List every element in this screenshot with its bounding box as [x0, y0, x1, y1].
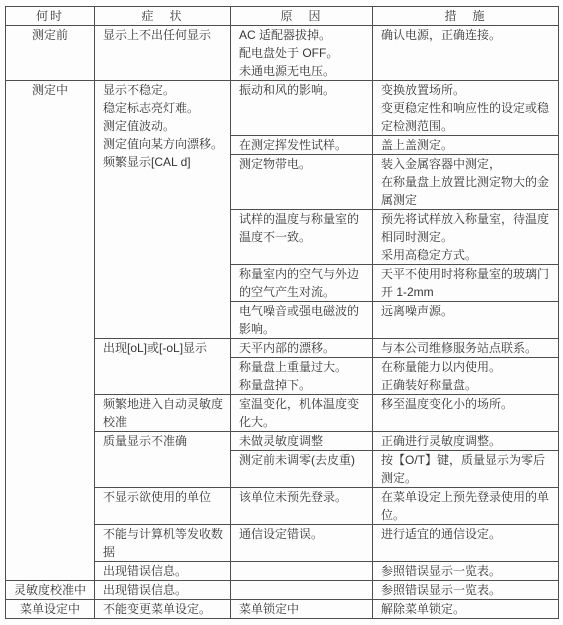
cell-line: 室温变化，机体温度变化大。: [239, 395, 370, 431]
cell-measure: 在菜单设定上预先登录使用的单位。: [373, 488, 559, 525]
cell-measure: 远离噪声源。: [373, 302, 559, 339]
cell-cause: 称量室内的空气与外边的空气产生对流。: [231, 265, 373, 302]
cell-line: 称量室内的空气与外边的空气产生对流。: [239, 265, 370, 301]
cell-line: 出现[oL]或[-oL]显示: [103, 339, 228, 357]
cell-line: 确认电源，正确连接。: [381, 26, 556, 44]
cell-line: 参照错误显示一览表。: [381, 581, 556, 599]
cell-cause: AC 适配器拔掉。配电盘处于 OFF。未通电源无电压。: [231, 26, 373, 81]
cell-line: 参照错误显示一览表。: [381, 562, 556, 580]
cell-measure: 参照错误显示一览表。: [373, 562, 559, 581]
cell-measure: 参照错误显示一览表。: [373, 581, 559, 600]
cell-measure: 预先将试样放入称量室，待温度相同时测定。采用高稳定方式。: [373, 210, 559, 265]
cell-line: 变更稳定性和响应性的设定或稳定检测范围。: [381, 99, 556, 135]
cell-line: 灵敏度校准中: [8, 581, 92, 599]
cell-line: 频繁地进入自动灵敏度校准: [103, 395, 228, 431]
cell-line: 测定前未调零(去皮重): [239, 451, 370, 469]
cell-line: 显示上不出任何显示: [103, 26, 228, 44]
cell-cause: 未做灵敏度调整: [231, 432, 373, 451]
cell-line: 按【O/T】键，质量显示为零后测定。: [381, 451, 556, 487]
table-body: 测定前显示上不出任何显示AC 适配器拔掉。配电盘处于 OFF。未通电源无电压。确…: [6, 26, 559, 619]
header-cell-symptom: 症 状: [95, 7, 231, 26]
cell-cause: 在测定挥发性试样。: [231, 136, 373, 155]
cell-line: 未通电源无电压。: [239, 62, 370, 80]
cell-when: 灵敏度校准中: [6, 581, 95, 600]
cell-line: 配电盘处于 OFF。: [239, 44, 370, 62]
cell-symptom: 出现[oL]或[-oL]显示: [95, 339, 231, 395]
cell-line: 测定物带电。: [239, 155, 370, 173]
cell-line: 在称量盘上放置比测定物大的金属测定: [381, 173, 556, 209]
cell-line: 该单位未预先登录。: [239, 488, 370, 506]
cell-line: 振动和风的影响。: [239, 81, 370, 99]
cell-cause: 试样的温度与称量室的温度不一致。: [231, 210, 373, 265]
cell-line: 解除菜单锁定。: [381, 600, 556, 618]
cell-line: 预先将试样放入称量室，待温度相同时测定。: [381, 210, 556, 246]
cell-line: 天平内部的漂移。: [239, 339, 370, 357]
header-cell-cause: 原 因: [231, 7, 373, 26]
cell-line: 在称量能力以内使用。: [381, 358, 556, 376]
cell-symptom: 不能与计算机等发收数据: [95, 525, 231, 562]
cell-line: 称量盘上重量过大。: [239, 358, 370, 376]
cell-line: 出现错误信息。: [103, 581, 228, 599]
cell-cause: 菜单锁定中: [231, 600, 373, 619]
cell-cause: 该单位未预先登录。: [231, 488, 373, 525]
cell-line: 移至温度变化小的场所。: [381, 395, 556, 413]
cell-line: 在测定挥发性试样。: [239, 136, 370, 154]
cell-measure: 装入金属容器中测定，在称量盘上放置比测定物大的金属测定: [373, 155, 559, 210]
cell-measure: 按【O/T】键，质量显示为零后测定。: [373, 451, 559, 488]
cell-line: 天平不使用时将称量室的玻璃门开 1-2mm: [381, 265, 556, 301]
cell-line: 不显示欲使用的单位: [103, 488, 228, 506]
cell-when: 菜单设定中: [6, 600, 95, 619]
header-cell-measure: 措 施: [373, 7, 559, 26]
cell-measure: 正确进行灵敏度调整。: [373, 432, 559, 451]
cell-line: 进行适宜的通信设定。: [381, 525, 556, 543]
cell-line: 变换放置场所。: [381, 81, 556, 99]
cell-cause: 通信设定错误。: [231, 525, 373, 562]
cell-line: 远离噪声源。: [381, 302, 556, 320]
cell-line: 质量显示不准确: [103, 432, 228, 450]
table-row: 菜单设定中不能变更菜单设定。菜单锁定中解除菜单锁定。: [6, 600, 559, 619]
cell-line: 频繁显示[CAL d]: [103, 153, 228, 171]
cell-line: 采用高稳定方式。: [381, 246, 556, 264]
cell-line: 测定值波动。: [103, 117, 228, 135]
cell-symptom: 显示不稳定。稳定标志亮灯难。测定值波动。测定值向某方向漂移。频繁显示[CAL d…: [95, 81, 231, 339]
cell-cause: [231, 562, 373, 581]
cell-line: 电气噪音或强电磁波的影响。: [239, 302, 370, 338]
cell-cause: 测定物带电。: [231, 155, 373, 210]
cell-symptom: 不显示欲使用的单位: [95, 488, 231, 525]
cell-line: 菜单锁定中: [239, 600, 370, 618]
cell-when: 测定中: [6, 81, 95, 581]
cell-measure: 解除菜单锁定。: [373, 600, 559, 619]
cell-line: 未做灵敏度调整: [239, 432, 370, 450]
cell-symptom: 出现错误信息。: [95, 562, 231, 581]
cell-measure: 天平不使用时将称量室的玻璃门开 1-2mm: [373, 265, 559, 302]
cell-symptom: 不能变更菜单设定。: [95, 600, 231, 619]
cell-symptom: 显示上不出任何显示: [95, 26, 231, 81]
cell-line: 试样的温度与称量室的温度不一致。: [239, 210, 370, 246]
cell-measure: 在称量能力以内使用。正确装好称量盘。: [373, 358, 559, 395]
cell-line: 与本公司维修服务站点联系。: [381, 339, 556, 357]
cell-cause: 电气噪音或强电磁波的影响。: [231, 302, 373, 339]
cell-line: 菜单设定中: [8, 600, 92, 618]
cell-line: 在菜单设定上预先登录使用的单位。: [381, 488, 556, 524]
cell-line: AC 适配器拔掉。: [239, 26, 370, 44]
cell-line: 通信设定错误。: [239, 525, 370, 543]
cell-when: 测定前: [6, 26, 95, 81]
cell-cause: 天平内部的漂移。: [231, 339, 373, 358]
cell-cause: 室温变化，机体温度变化大。: [231, 395, 373, 432]
cell-line: 测定前: [8, 26, 92, 44]
cell-measure: 与本公司维修服务站点联系。: [373, 339, 559, 358]
cell-cause: 振动和风的影响。: [231, 81, 373, 136]
cell-line: 正确进行灵敏度调整。: [381, 432, 556, 450]
cell-cause: 称量盘上重量过大。称量盘掉下。: [231, 358, 373, 395]
cell-line: 显示不稳定。: [103, 81, 228, 99]
cell-cause: [231, 581, 373, 600]
header-cell-when: 何时: [6, 7, 95, 26]
cell-symptom: 质量显示不准确: [95, 432, 231, 488]
manual-page: 何时症 状原 因措 施 测定前显示上不出任何显示AC 适配器拔掉。配电盘处于 O…: [0, 0, 563, 625]
table-header: 何时症 状原 因措 施: [6, 7, 559, 26]
cell-measure: 盖上盖测定。: [373, 136, 559, 155]
cell-measure: 确认电源，正确连接。: [373, 26, 559, 81]
table-row: 测定前显示上不出任何显示AC 适配器拔掉。配电盘处于 OFF。未通电源无电压。确…: [6, 26, 559, 81]
cell-line: 正确装好称量盘。: [381, 376, 556, 394]
cell-measure: 移至温度变化小的场所。: [373, 395, 559, 432]
table-row: 测定中显示不稳定。稳定标志亮灯难。测定值波动。测定值向某方向漂移。频繁显示[CA…: [6, 81, 559, 136]
cell-line: 稳定标志亮灯难。: [103, 99, 228, 117]
cell-line: 不能与计算机等发收数据: [103, 525, 228, 561]
cell-line: 测定值向某方向漂移。: [103, 135, 228, 153]
table-row: 灵敏度校准中出现错误信息。参照错误显示一览表。: [6, 581, 559, 600]
cell-line: 出现错误信息。: [103, 562, 228, 580]
header-row: 何时症 状原 因措 施: [6, 7, 559, 26]
cell-line: 盖上盖测定。: [381, 136, 556, 154]
cell-line: 不能变更菜单设定。: [103, 600, 228, 618]
cell-symptom: 出现错误信息。: [95, 581, 231, 600]
cell-measure: 进行适宜的通信设定。: [373, 525, 559, 562]
cell-line: 装入金属容器中测定，: [381, 155, 556, 173]
cell-symptom: 频繁地进入自动灵敏度校准: [95, 395, 231, 432]
cell-cause: 测定前未调零(去皮重): [231, 451, 373, 488]
cell-measure: 变换放置场所。变更稳定性和响应性的设定或稳定检测范围。: [373, 81, 559, 136]
troubleshooting-table: 何时症 状原 因措 施 测定前显示上不出任何显示AC 适配器拔掉。配电盘处于 O…: [5, 6, 559, 619]
cell-line: 测定中: [8, 81, 92, 99]
cell-line: 称量盘掉下。: [239, 376, 370, 394]
